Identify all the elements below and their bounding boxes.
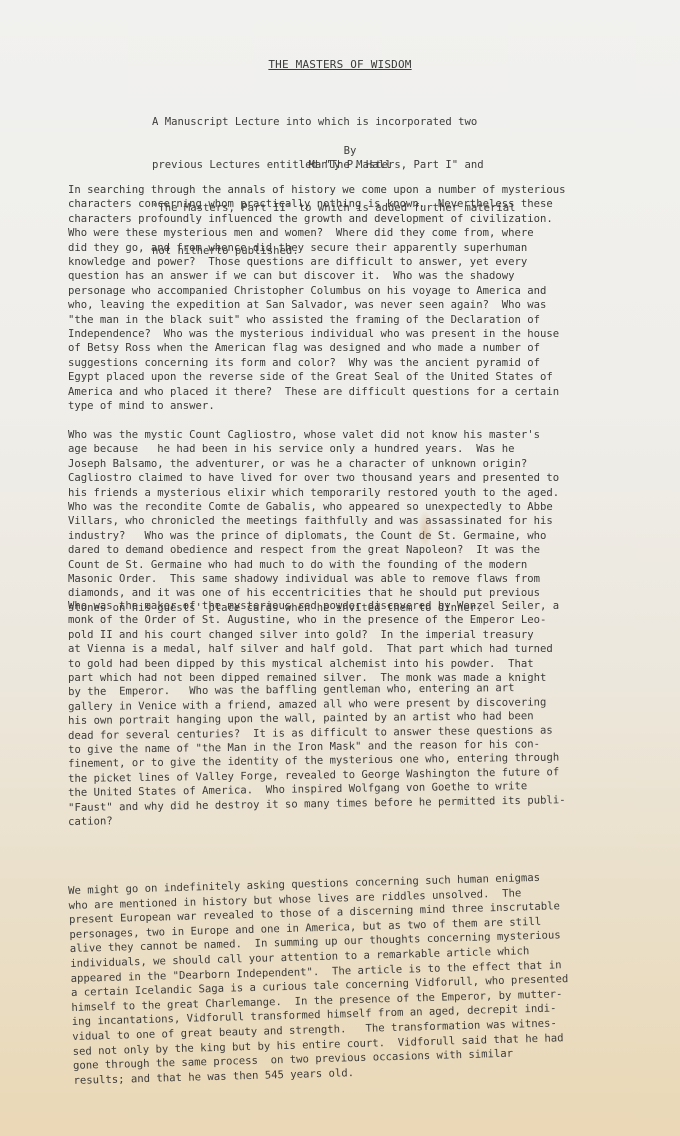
text-line: dared to demand obedience and respect fr…	[68, 543, 668, 557]
text-line: industry? Who was the prince of diplomat…	[68, 529, 668, 543]
text-line: monk of the Order of St. Augustine, who …	[68, 613, 668, 627]
text-line: who, leaving the expedition at San Salva…	[68, 298, 668, 312]
text-line: characters concerning whom practically n…	[68, 197, 668, 211]
text-line: of Betsy Ross when the American flag was…	[68, 341, 668, 355]
text-line: suggestions concerning its form and colo…	[68, 356, 668, 370]
paragraph-1: In searching through the annals of histo…	[68, 183, 668, 414]
text-line: Villars, who chronicled the meetings fai…	[68, 514, 668, 528]
text-line: to gold had been dipped by this mystical…	[68, 657, 668, 671]
text-line: Joseph Balsamo, the adventurer, or was h…	[68, 457, 668, 471]
text-line: Count de St. Germaine who had much to do…	[68, 558, 668, 572]
text-line: Who were these mysterious men and women?…	[68, 226, 668, 240]
text-line: Who was the recondite Comte de Gabalis, …	[68, 500, 668, 514]
text-line: his friends a mysterious elixir which te…	[68, 486, 668, 500]
text-line: Independence? Who was the mysterious ind…	[68, 327, 668, 341]
text-line: "the man in the black suit" who assisted…	[68, 313, 668, 327]
text-line: type of mind to answer.	[68, 399, 668, 413]
text-line: Masonic Order. This same shadowy individ…	[68, 572, 668, 586]
text-line: at Vienna is a medal, half silver and ha…	[68, 642, 668, 656]
text-line: In searching through the annals of histo…	[68, 183, 668, 197]
document-title: THE MASTERS OF WISDOM	[0, 58, 680, 71]
subtitle-line: A Manuscript Lecture into which is incor…	[152, 115, 632, 129]
text-line: Who was the mystic Count Cagliostro, who…	[68, 428, 668, 442]
text-line: Egypt placed upon the reverse side of th…	[68, 370, 668, 384]
text-line: characters profoundly influenced the gro…	[68, 212, 668, 226]
text-line: pold II and his court changed silver int…	[68, 628, 668, 642]
text-line: personage who accompanied Christopher Co…	[68, 284, 668, 298]
text-line: question has an answer if we can but dis…	[68, 269, 668, 283]
author-name: Manly P. Hall	[10, 158, 680, 172]
paragraph-4: We might go on indefinitely asking quest…	[68, 867, 673, 1088]
paragraph-3: Who was the maker of the mysterious red …	[68, 599, 668, 830]
text-line: Cagliostro claimed to have lived for ove…	[68, 471, 668, 485]
paragraph-2: Who was the mystic Count Cagliostro, who…	[68, 428, 668, 615]
byline-by: By	[10, 144, 680, 158]
manuscript-page: THE MASTERS OF WISDOM A Manuscript Lectu…	[0, 0, 680, 1136]
text-line: age because he had been in his service o…	[68, 442, 668, 456]
text-line: did they go, and from whence did they se…	[68, 241, 668, 255]
text-line: Who was the maker of the mysterious red …	[68, 599, 668, 613]
text-line: knowledge and power? Those questions are…	[68, 255, 668, 269]
text-line: America and who placed it there? These a…	[68, 385, 668, 399]
